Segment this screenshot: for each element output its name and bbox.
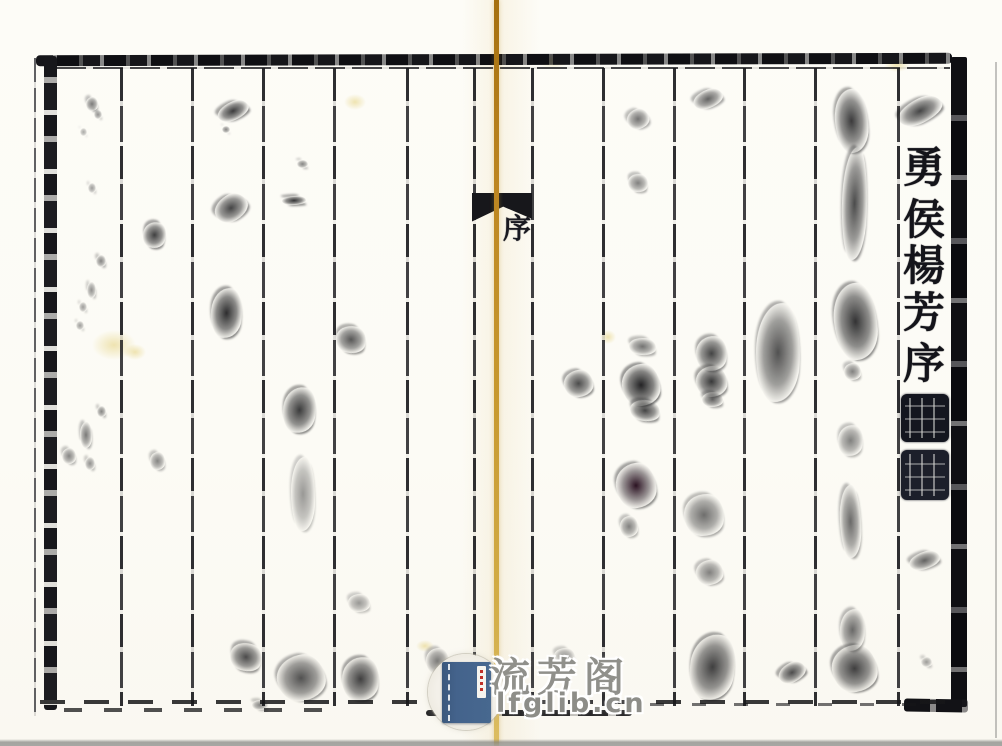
ink-smudge (282, 195, 306, 205)
ink-smudge (775, 658, 809, 688)
ink-smudge (340, 655, 381, 703)
ink-smudge (280, 385, 319, 435)
ink-smudge (88, 183, 96, 193)
section-label: 序 (499, 214, 535, 245)
ink-smudge (94, 110, 102, 119)
ink-smudge (683, 493, 724, 536)
page-frame-left-border (44, 56, 57, 710)
ink-smudge (620, 516, 638, 537)
ink-smudge (87, 282, 96, 298)
ink-smudge (685, 631, 741, 704)
ink-smudge (97, 406, 106, 417)
column-rule (262, 68, 265, 706)
center-fold-line (494, 0, 499, 746)
scanned-book-page: 序 勇侯楊芳序 流芳阁 lfglib.cn (0, 0, 1002, 746)
book-spine-stitching (448, 664, 450, 721)
ink-smudge (297, 160, 308, 168)
page-edge-shadow-line (995, 62, 997, 738)
page-frame-right-border (951, 57, 967, 707)
scan-bottom-edge-band (0, 739, 1002, 746)
ink-smudge (334, 324, 368, 356)
seal-stamp-upper (901, 394, 949, 442)
page-frame-left-outer-line (34, 58, 36, 716)
column-rule (120, 68, 123, 706)
ink-smudge (140, 219, 169, 250)
ink-smudge (624, 106, 651, 132)
ink-smudge (226, 639, 265, 676)
ink-smudge (348, 594, 370, 612)
column-rule (531, 68, 534, 706)
seal-stamp-lower (901, 450, 949, 500)
ink-smudge (210, 188, 253, 228)
paper-stain (124, 344, 146, 360)
ink-smudge (907, 548, 942, 574)
ink-smudge (629, 398, 662, 423)
watermark: 流芳阁 lfglib.cn (424, 644, 624, 736)
ink-smudge (86, 97, 98, 111)
column-rule (406, 68, 409, 706)
ink-smudge (627, 173, 649, 194)
book-title-label (477, 666, 486, 698)
ink-smudge (291, 457, 315, 531)
ink-smudge (80, 422, 92, 448)
page-frame-bottom-border-dashes-left (64, 708, 326, 712)
book-icon (442, 662, 491, 723)
title-character: 序 (898, 343, 950, 385)
ink-smudge (628, 337, 656, 356)
ink-smudge (150, 452, 165, 470)
ink-smudge (829, 642, 880, 695)
ink-smudge (836, 424, 865, 458)
title-character: 楊 (898, 245, 950, 287)
ink-smudge (754, 302, 801, 402)
ink-smudge (833, 88, 870, 154)
ink-smudge (613, 461, 658, 511)
ink-smudge (96, 255, 106, 267)
ink-smudge (839, 485, 863, 559)
column-rule (602, 68, 605, 706)
ink-smudge (894, 90, 946, 132)
column-rule (814, 68, 817, 706)
watermark-site-url: lfglib.cn (496, 688, 647, 719)
ink-smudge (691, 85, 726, 113)
paper-stain (344, 94, 366, 110)
ink-smudge (702, 392, 723, 407)
column-rule (333, 68, 336, 706)
ink-smudge (222, 126, 230, 133)
ink-smudge (62, 448, 76, 464)
title-character: 侯 (898, 199, 950, 241)
ink-smudge (273, 651, 330, 706)
ink-smudge (694, 558, 724, 587)
ink-smudge (209, 287, 244, 340)
ink-smudge (80, 128, 87, 136)
ink-smudge (921, 657, 932, 667)
ink-smudge (844, 363, 861, 380)
ink-smudge (831, 281, 881, 361)
title-character: 芳 (898, 292, 950, 334)
ink-smudge (215, 96, 252, 126)
column-rule (743, 68, 746, 706)
page-frame-bottom-border-dashes-right (650, 703, 940, 706)
column-rule (673, 68, 676, 706)
ink-smudge (79, 302, 87, 312)
ink-smudge (562, 368, 594, 399)
ink-smudge (76, 321, 84, 330)
ink-smudge (85, 457, 95, 470)
title-character: 勇 (898, 147, 950, 189)
ink-smudge (840, 147, 869, 261)
column-rule (473, 68, 476, 706)
page-frame-top-inner-line (56, 67, 950, 69)
column-rule (191, 68, 194, 706)
